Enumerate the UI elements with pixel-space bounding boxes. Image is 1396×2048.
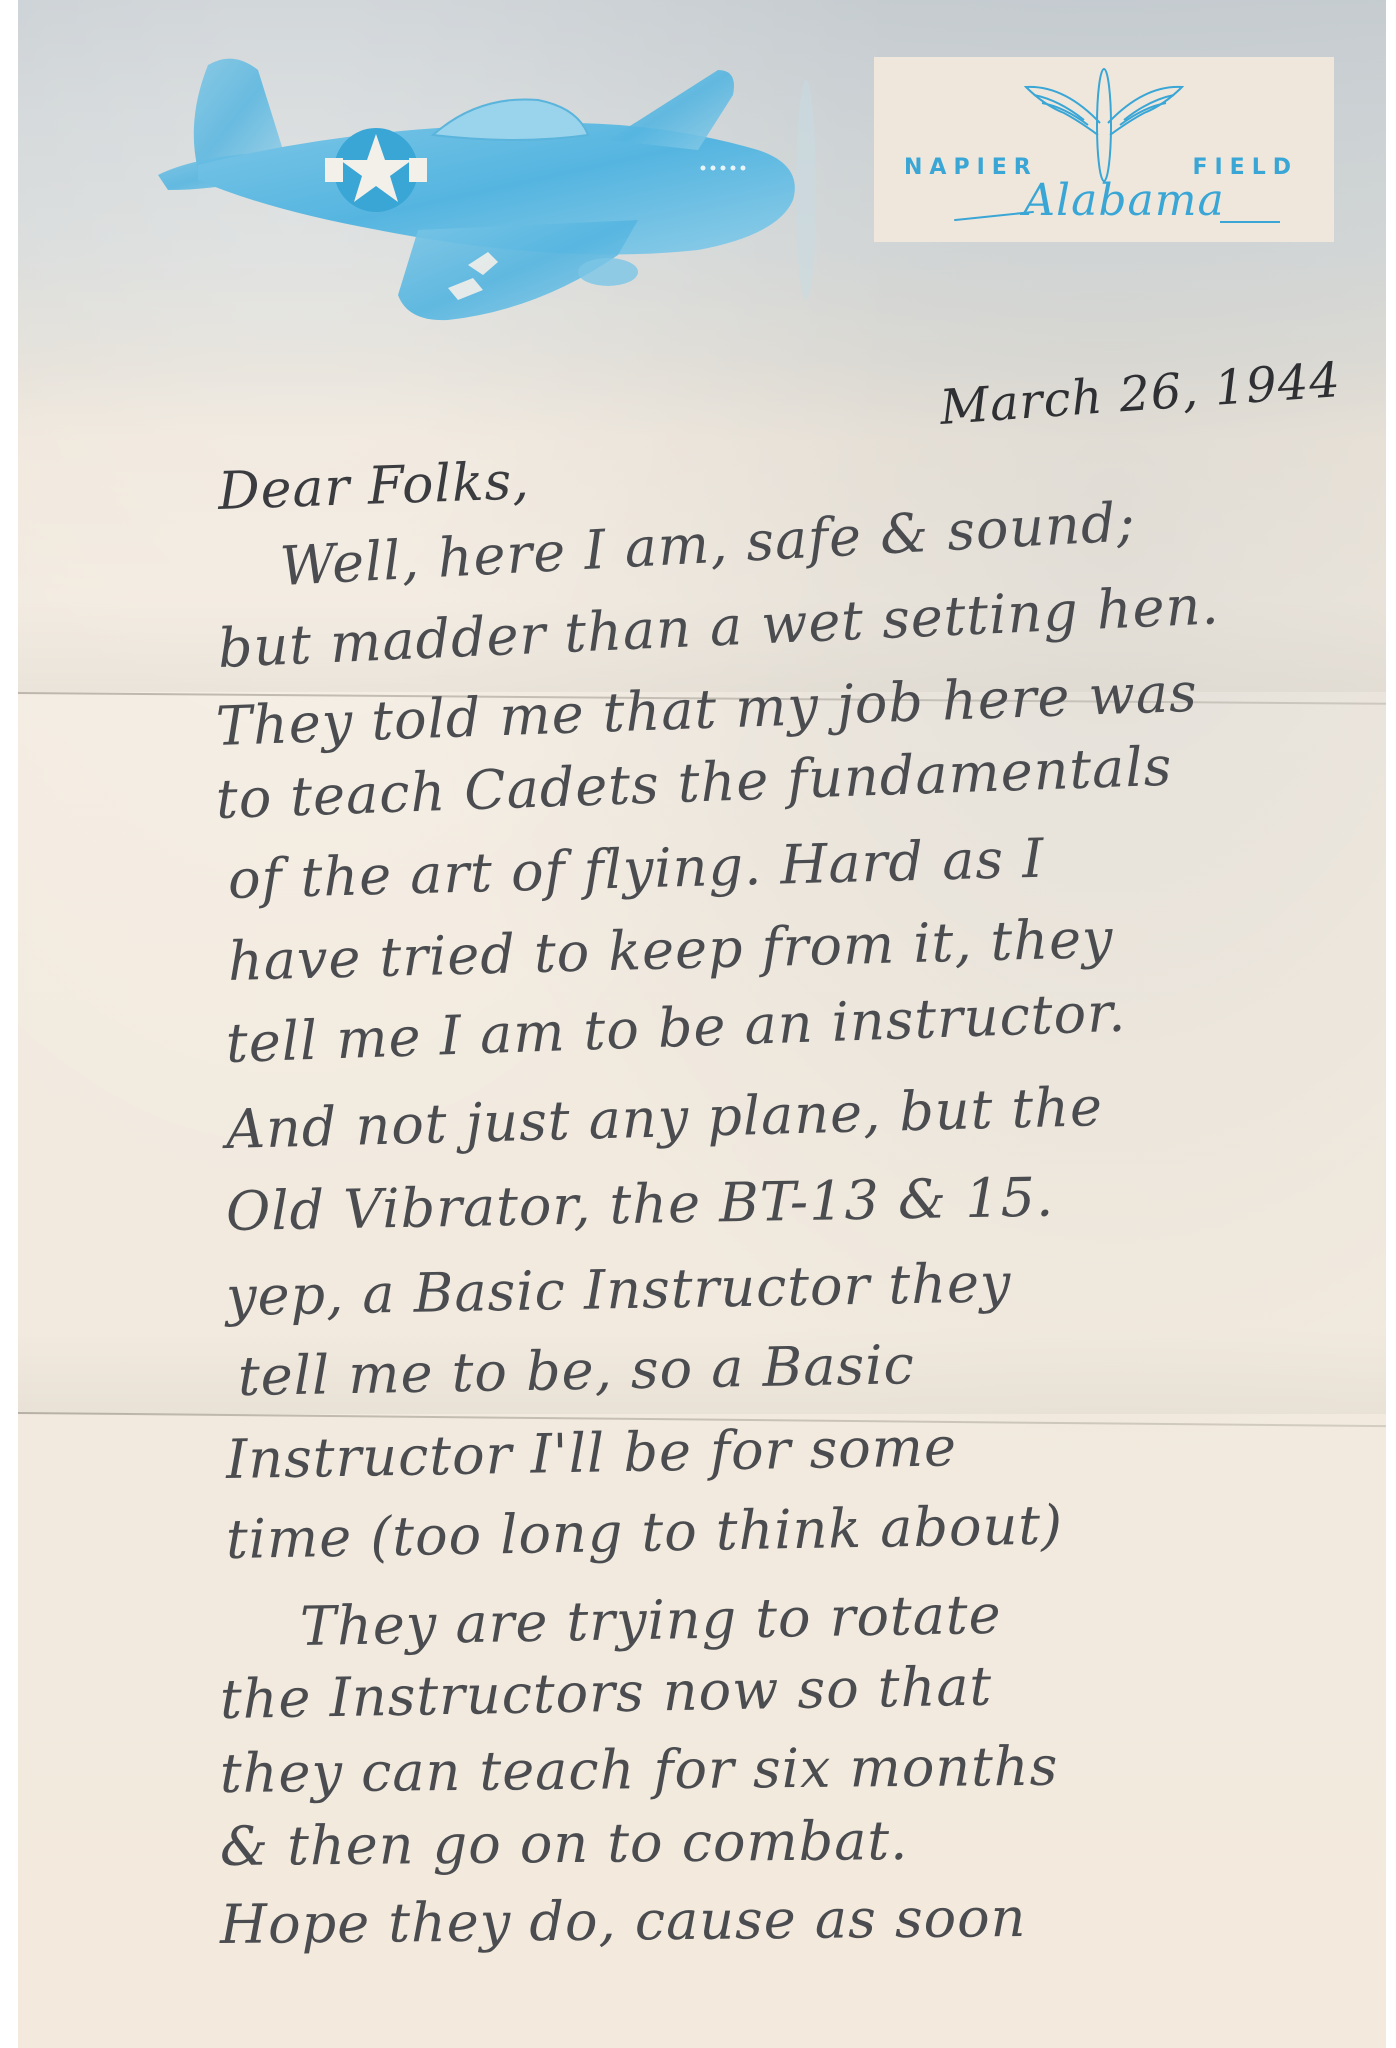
- letter-line: they can teach for six months: [220, 1735, 1059, 1805]
- letter-line: & then go on to combat.: [220, 1809, 909, 1878]
- letter-page: NAPIER FIELD Alabama March 26, 1944 Dear…: [18, 0, 1386, 2048]
- letterhead-logo: NAPIER FIELD Alabama: [874, 57, 1334, 242]
- letter-line: And not just any plane, but the: [225, 1075, 1104, 1161]
- letter-line: tell me I am to be an instructor.: [225, 981, 1127, 1075]
- field-state: Alabama: [964, 175, 1284, 226]
- letter-line: They are trying to rotate: [299, 1583, 1002, 1658]
- letter-salutation: Dear Folks,: [217, 451, 531, 522]
- letter-line: Old Vibrator, the BT-13 & 15.: [225, 1166, 1054, 1243]
- letter-line: of the art of flying. Hard as I: [227, 827, 1045, 911]
- letter-line: yep, a Basic Instructor they: [225, 1251, 1011, 1328]
- letter-line: time (too long to think about): [225, 1493, 1063, 1571]
- fighter-plane-icon: [138, 40, 858, 330]
- letter-line: Instructor I'll be for some: [225, 1415, 957, 1491]
- letter-line: tell me to be, so a Basic: [237, 1333, 915, 1408]
- letter-line: have tried to keep from it, they: [227, 907, 1114, 993]
- letter-line: Hope they do, cause as soon: [220, 1886, 1027, 1956]
- letter-line: the Instructors now so that: [219, 1655, 992, 1731]
- letter-date: March 26, 1944: [938, 352, 1342, 436]
